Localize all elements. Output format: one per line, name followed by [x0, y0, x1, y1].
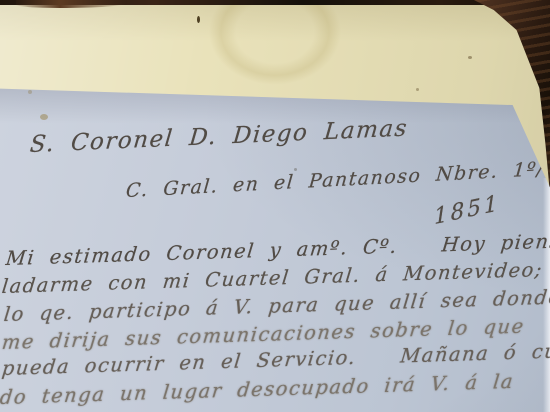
stain-speck [416, 88, 419, 91]
photo-of-framed-letter: S. Coronel D. Diego Lamas C. Gral. en el… [0, 0, 550, 412]
stain-speck [468, 56, 472, 59]
foxing-spot [40, 114, 48, 120]
stain-speck [197, 16, 200, 23]
foxing-spot [28, 90, 32, 94]
